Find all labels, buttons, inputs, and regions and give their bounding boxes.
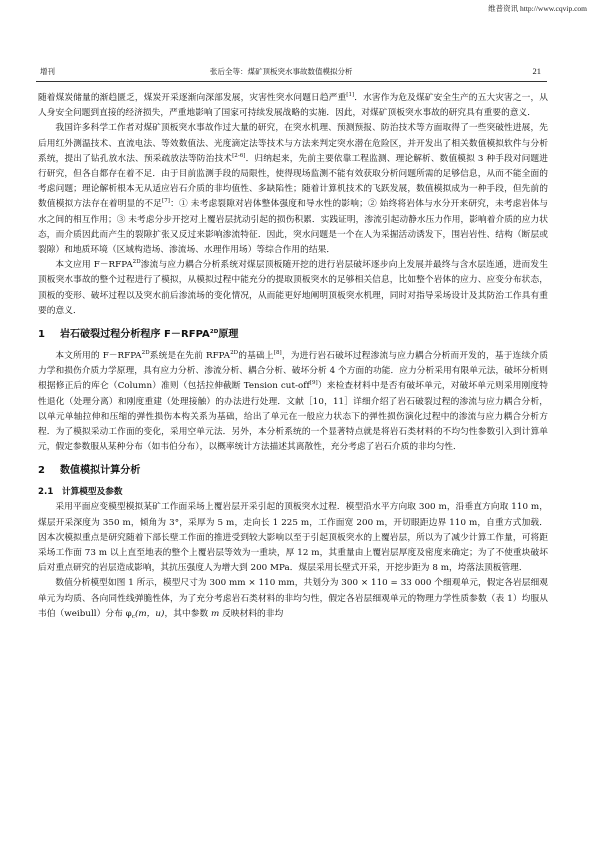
article-body: 随着煤炭储量的渐趋匮乏，煤炭开采逐渐向深部发展，灾害性突水问题日趋严重[1]．水…	[38, 91, 548, 622]
watermark: 维普资讯 http://www.cqvip.com	[488, 3, 587, 14]
section-1-paragraph: 本文所用的 F－RFPA2D系统是在先前 RFPA2D的基础上[8]，为进行岩石…	[38, 349, 548, 455]
article-running-title: 张后全等：煤矿顶板突水事故数值模拟分析	[210, 66, 353, 77]
citation: [7]	[162, 198, 170, 204]
citation: [2-6]	[232, 153, 245, 159]
citation: [9]	[310, 380, 318, 386]
subsection-2-1-paragraph-2: 数值分析模型如图 1 所示，模型尺寸为 300 mm × 110 mm，共划分为…	[38, 576, 548, 622]
intro-paragraph-2: 我国许多科学工作者对煤矿顶板突水事故作过大量的研究，在突水机理、预测预报、防治技…	[38, 121, 548, 258]
section-heading-2: 2数值模拟计算分析	[38, 463, 548, 479]
running-head: 增刊 张后全等：煤矿顶板突水事故数值模拟分析 21	[40, 66, 545, 80]
section-heading-1: 1岩石破裂过程分析程序 F－RFPA2D原理	[38, 327, 548, 343]
journal-issue-label: 增刊	[40, 66, 55, 77]
subsection-2-1-paragraph-1: 采用平面应变模型模拟某矿工作面采场上覆岩层开采引起的顶板突水过程．模型沿水平方向…	[38, 500, 548, 576]
citation: [8]	[274, 350, 282, 356]
header-rule	[36, 81, 547, 82]
page-number: 21	[533, 66, 542, 76]
intro-paragraph-1: 随着煤炭储量的渐趋匮乏，煤炭开采逐渐向深部发展，灾害性突水问题日趋严重[1]．水…	[38, 91, 548, 121]
subsection-heading-2-1: 2.1计算模型及参数	[38, 485, 548, 500]
intro-paragraph-3: 本文应用 F－RFPA2D渗流与应力耦合分析系统对煤层顶板随开挖的进行岩层破坏逐…	[38, 258, 548, 319]
